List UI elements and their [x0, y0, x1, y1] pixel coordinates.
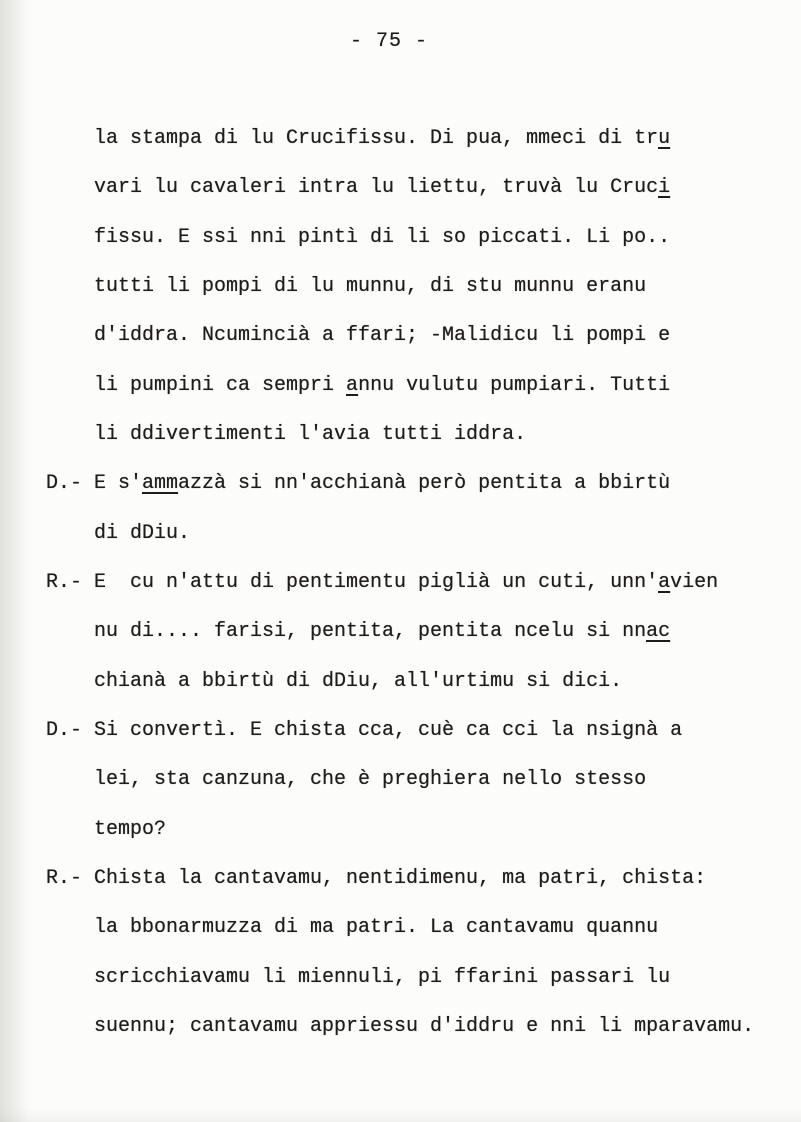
transcript-line: R.-E cu n'attu di pentimentu piglià un c… — [0, 558, 801, 607]
text-segment: li pumpini ca sempri — [94, 374, 346, 397]
text-segment: la bbonarmuzza di ma patri. La cantavamu… — [94, 916, 658, 939]
scan-edge-shadow-bottom — [0, 1108, 801, 1122]
text-segment: Chista la cantavamu, nentidimenu, ma pat… — [94, 867, 706, 890]
text-segment: scricchiavamu li miennuli, pi ffarini pa… — [94, 966, 670, 989]
underlined-text-segment: a — [658, 571, 670, 594]
underlined-text-segment: a — [346, 374, 358, 397]
transcript-line: d'iddra. Ncumincià a ffari; -Malidicu li… — [0, 311, 801, 360]
text-segment: E cu n'attu di pentimentu piglià un cuti… — [94, 571, 658, 594]
underlined-text-segment: u — [658, 127, 670, 150]
speaker-label: R.- — [46, 558, 82, 607]
text-segment: E s' — [94, 472, 142, 495]
text-segment: Si convertì. E chista cca, cuè ca cci la… — [94, 719, 682, 742]
text-segment: suennu; cantavamu appriessu d'iddru e nn… — [94, 1015, 754, 1038]
text-segment: la stampa di lu Crucifissu. Di pua, mmec… — [94, 127, 658, 150]
transcript-line: lei, sta canzuna, che è preghiera nello … — [0, 755, 801, 804]
text-segment: azzà si nn'acchianà però pentita a bbirt… — [178, 472, 670, 495]
transcript-line: la stampa di lu Crucifissu. Di pua, mmec… — [0, 114, 801, 163]
transcript-line: tempo? — [0, 805, 801, 854]
text-segment: vari lu cavaleri intra lu liettu, truvà … — [94, 176, 658, 199]
transcript-line: D.-E s'ammazzà si nn'acchianà però penti… — [0, 459, 801, 508]
underlined-text-segment: amm — [142, 472, 178, 495]
transcript-line: vari lu cavaleri intra lu liettu, truvà … — [0, 163, 801, 212]
transcript-body: la stampa di lu Crucifissu. Di pua, mmec… — [0, 114, 801, 1051]
speaker-label: R.- — [46, 854, 82, 903]
transcript-line: R.-Chista la cantavamu, nentidimenu, ma … — [0, 854, 801, 903]
transcript-line: chianà a bbirtù di dDiu, all'urtimu si d… — [0, 657, 801, 706]
page-number: - 75 - — [0, 30, 778, 53]
text-segment: tutti li pompi di lu munnu, di stu munnu… — [94, 275, 646, 298]
text-segment: vien — [670, 571, 718, 594]
transcript-line: nu di.... farisi, pentita, pentita ncelu… — [0, 607, 801, 656]
transcript-line: li ddivertimenti l'avia tutti iddra. — [0, 410, 801, 459]
text-segment: di dDiu. — [94, 522, 190, 545]
text-segment: fissu. E ssi nni pintì di li so piccati.… — [94, 226, 670, 249]
text-segment: d'iddra. Ncumincià a ffari; -Malidicu li… — [94, 324, 670, 347]
text-segment: tempo? — [94, 818, 166, 841]
transcript-line: la bbonarmuzza di ma patri. La cantavamu… — [0, 903, 801, 952]
transcript-line: li pumpini ca sempri annu vulutu pumpiar… — [0, 361, 801, 410]
transcript-line: tutti li pompi di lu munnu, di stu munnu… — [0, 262, 801, 311]
transcript-line: di dDiu. — [0, 509, 801, 558]
transcript-line: scricchiavamu li miennuli, pi ffarini pa… — [0, 953, 801, 1002]
transcript-line: D.-Si convertì. E chista cca, cuè ca cci… — [0, 706, 801, 755]
underlined-text-segment: i — [658, 176, 670, 199]
speaker-label: D.- — [46, 706, 82, 755]
scanned-typescript-page: - 75 - la stampa di lu Crucifissu. Di pu… — [0, 0, 801, 1122]
speaker-label: D.- — [46, 459, 82, 508]
transcript-line: suennu; cantavamu appriessu d'iddru e nn… — [0, 1002, 801, 1051]
text-segment: chianà a bbirtù di dDiu, all'urtimu si d… — [94, 670, 622, 693]
underlined-text-segment: ac — [646, 620, 670, 643]
transcript-line: fissu. E ssi nni pintì di li so piccati.… — [0, 213, 801, 262]
text-segment: lei, sta canzuna, che è preghiera nello … — [94, 768, 646, 791]
text-segment: nnu vulutu pumpiari. Tutti — [358, 374, 670, 397]
text-segment: li ddivertimenti l'avia tutti iddra. — [94, 423, 526, 446]
text-segment: nu di.... farisi, pentita, pentita ncelu… — [94, 620, 646, 643]
